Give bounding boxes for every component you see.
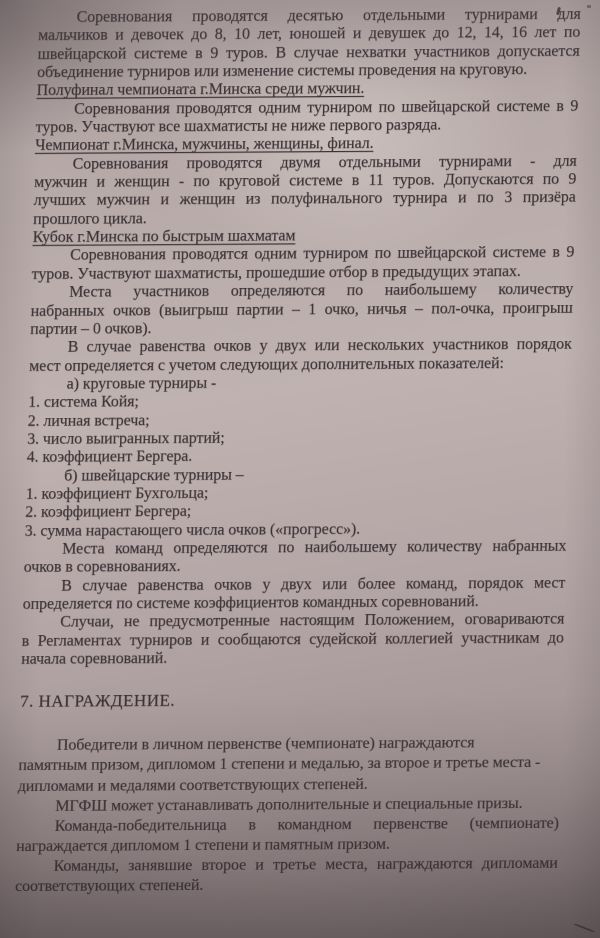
- text-line: 7. НАГРАЖДЕНИЕ.: [20, 690, 563, 713]
- document-body: Соревнования проводятся десятью отдельны…: [0, 0, 600, 897]
- paragraph: Соревнования проводятся одним турниром п…: [31, 244, 574, 284]
- paragraph: Соревнования проводятся десятью отдельны…: [37, 6, 581, 83]
- paragraph: В случае равенства очков у двух или неск…: [29, 336, 572, 376]
- paragraph: Победители в личном первенстве (чемпиона…: [17, 733, 561, 797]
- text-line: объединение турниров или изменение систе…: [37, 61, 580, 83]
- text-line: начала соревнований.: [21, 648, 564, 670]
- paragraph: Случаи, не предусмотренные настоящим Пол…: [21, 611, 565, 669]
- text-line: соответствующих степеней.: [15, 874, 558, 897]
- paragraph: В случае равенства очков у двух или боле…: [22, 574, 565, 614]
- text-line: в Регламентах турниров и сообщаются суде…: [21, 629, 564, 651]
- text-line: Команда-победительница в командном перве…: [16, 813, 559, 836]
- text-line: Места команд определяются по наибольшему…: [24, 538, 567, 560]
- paragraph: Места участников определяются по наиболь…: [30, 281, 574, 339]
- text-line: В случае равенства очков у двух или боле…: [23, 574, 566, 596]
- paragraph: Команды, занявшие второе и третье места,…: [15, 853, 558, 896]
- list-item-block: 1. коэффициент Бухгольца;2. коэффициент …: [24, 483, 568, 541]
- text-line: набранных очков (выигрыш партии – 1 очко…: [30, 299, 573, 321]
- paragraph: Команда-победительница в командном перве…: [16, 813, 559, 856]
- paragraph: Соревнования проводятся одним турниром п…: [35, 97, 578, 137]
- text-line: лучших мужчин и женщин из полуфинального…: [33, 189, 576, 211]
- text-line: памятным призом, дипломом 1 степени и ме…: [18, 753, 561, 776]
- paragraph: Соревнования проводятся двумя отдельными…: [33, 152, 577, 229]
- paragraph: Места команд определяются по наибольшему…: [23, 538, 566, 578]
- bottom-pen-stroke-artifact: [573, 923, 595, 933]
- text-line: Соревнования проводятся одним турниром п…: [36, 97, 579, 119]
- section-heading: 7. НАГРАЖДЕНИЕ.: [20, 690, 563, 713]
- document-photo: Соревнования проводятся десятью отдельны…: [0, 0, 600, 938]
- text-line: Команды, занявшие второе и третье места,…: [15, 853, 558, 876]
- list-item-block: 1. система Койя;2. личная встреча;3. чис…: [26, 391, 570, 468]
- text-line: мест определяется с учетом следующих доп…: [29, 354, 572, 376]
